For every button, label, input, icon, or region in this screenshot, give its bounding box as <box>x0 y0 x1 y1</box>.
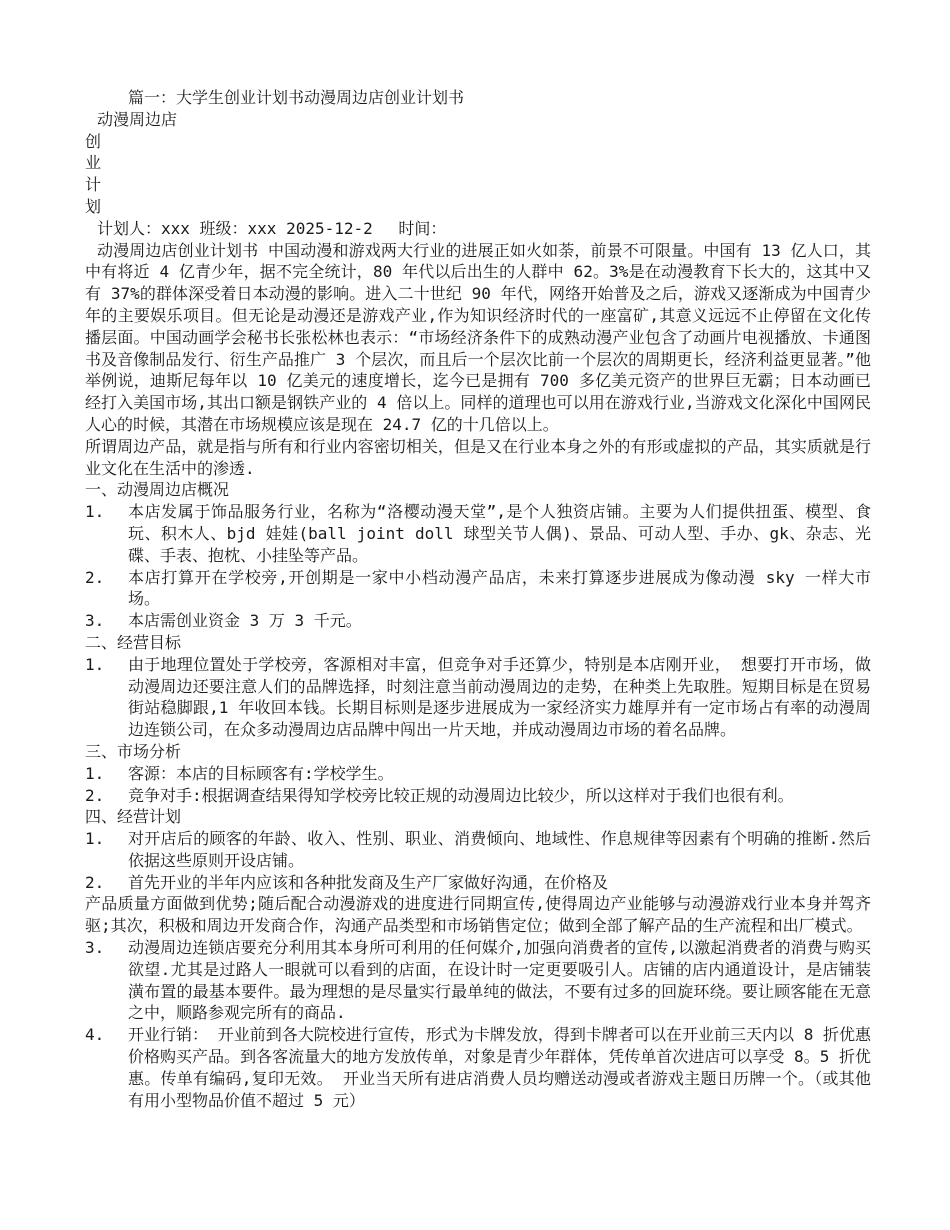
section-heading-plan: 四、经营计划 <box>85 806 871 828</box>
list-item: 3. 动漫周边连锁店要充分利用其本身所可利用的任何媒介,加强向消费者的宣传,以激… <box>85 937 871 1024</box>
list-item-number: 1. <box>85 501 104 523</box>
vertical-char-4: 划 <box>85 196 871 218</box>
list-item-number: 4. <box>85 1024 104 1046</box>
list-item: 1. 本店发属于饰品服务行业，名称为“洛樱动漫天堂”,是个人独资店铺。主要为人们… <box>85 501 871 566</box>
list-item-number: 1. <box>85 828 104 850</box>
store-name-line: 动漫周边店 <box>85 109 871 131</box>
list-item-text: 首先开业的半年内应该和各种批发商及生产厂家做好沟通，在价格及 <box>128 873 608 892</box>
list-item: 2. 竞争对手:根据调查结果得知学校旁比较正规的动漫周边比较少，所以这样对于我们… <box>85 785 871 807</box>
list-item: 1. 客源：本店的目标顾客有:学校学生。 <box>85 763 871 785</box>
list-item-number: 3. <box>85 937 104 959</box>
list-item-text: 竞争对手:根据调查结果得知学校旁比较正规的动漫周边比较少，所以这样对于我们也很有… <box>128 786 794 805</box>
list-item-number: 2. <box>85 567 104 589</box>
list-item-number: 1. <box>85 654 104 676</box>
list-item-number: 1. <box>85 763 104 785</box>
plan-info-line: 计划人：xxx 班级：xxx 2025-12-2 时间： <box>85 218 871 240</box>
list-item-number: 2. <box>85 785 104 807</box>
list-item-text: 对开店后的顾客的年龄、收入、性别、职业、消费倾向、地域性、作息规律等因素有个明确… <box>128 829 871 870</box>
intro-paragraph: 动漫周边店创业计划书 中国动漫和游戏两大行业的进展正如火如荼，前景不可限量。中国… <box>85 240 871 436</box>
section-heading-goals: 二、经营目标 <box>85 632 871 654</box>
section-heading-market: 三、市场分析 <box>85 741 871 763</box>
doc-title: 篇一：大学生创业计划书动漫周边店创业计划书 <box>85 87 871 109</box>
list-item-text: 动漫周边连锁店要充分利用其本身所可利用的任何媒介,加强向消费者的宣传,以激起消费… <box>128 938 871 1022</box>
list-item-text: 本店打算开在学校旁,开创期是一家中小档动漫产品店，未来打算逐步进展成为像动漫 s… <box>128 568 871 609</box>
list-item: 2. 首先开业的半年内应该和各种批发商及生产厂家做好沟通，在价格及 <box>85 872 871 894</box>
list-item-text: 开业行销： 开业前到各大院校进行宣传，形式为卡牌发放，得到卡牌者可以在开业前三天… <box>128 1025 871 1109</box>
document-page: 篇一：大学生创业计划书动漫周边店创业计划书 动漫周边店 创 业 计 划 计划人：… <box>0 0 950 1111</box>
price-quality-paragraph: 产品质量方面做到优势;随后配合动漫游戏的进度进行同期宣传,使得周边产业能够与动漫… <box>85 893 871 937</box>
list-item-number: 2. <box>85 872 104 894</box>
list-item: 3. 本店需创业资金 3 万 3 千元。 <box>85 610 871 632</box>
list-item: 4. 开业行销： 开业前到各大院校进行宣传，形式为卡牌发放，得到卡牌者可以在开业… <box>85 1024 871 1111</box>
list-item: 2. 本店打算开在学校旁,开创期是一家中小档动漫产品店，未来打算逐步进展成为像动… <box>85 567 871 611</box>
list-item-text: 本店需创业资金 3 万 3 千元。 <box>128 611 362 630</box>
vertical-char-2: 业 <box>85 152 871 174</box>
vertical-char-1: 创 <box>85 131 871 153</box>
list-item: 1. 由于地理位置处于学校旁，客源相对丰富，但竞争对手还算少，特别是本店刚开业，… <box>85 654 871 741</box>
periphery-paragraph: 所谓周边产品，就是指与所有和行业内容密切相关，但是又在行业本身之外的有形或虚拟的… <box>85 436 871 480</box>
section-heading-overview: 一、动漫周边店概况 <box>85 479 871 501</box>
vertical-char-3: 计 <box>85 174 871 196</box>
list-item-number: 3. <box>85 610 104 632</box>
list-item: 1. 对开店后的顾客的年龄、收入、性别、职业、消费倾向、地域性、作息规律等因素有… <box>85 828 871 872</box>
list-item-text: 客源：本店的目标顾客有:学校学生。 <box>128 764 394 783</box>
list-item-text: 由于地理位置处于学校旁，客源相对丰富，但竞争对手还算少，特别是本店刚开业， 想要… <box>128 655 871 739</box>
list-item-text: 本店发属于饰品服务行业，名称为“洛樱动漫天堂”,是个人独资店铺。主要为人们提供扭… <box>128 502 871 565</box>
